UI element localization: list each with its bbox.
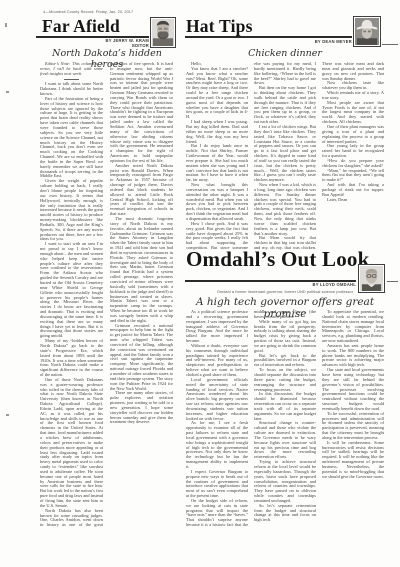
- paragraph: I want to start with an area I’m not pro…: [40, 242, 103, 339]
- paragraph: One young lady in the group raised her h…: [322, 144, 384, 159]
- hat-tips-paragraphs: Hello,You know that I am a rancher? And …: [186, 62, 384, 253]
- paragraph: To be successful, reinvention of process…: [322, 412, 384, 441]
- far-afield-title: Far Afield: [42, 18, 120, 36]
- paragraph: I want to talk about some North Dakotans…: [40, 82, 103, 97]
- paragraph: And with that I’m taking a package of st…: [322, 183, 384, 198]
- note-divider: [64, 79, 79, 80]
- jerry-kram-photo: [150, 17, 176, 48]
- paragraph: Most people are aware that Tyson Foods i…: [322, 101, 384, 125]
- hat-tips-headline: Chicken dinner: [185, 48, 385, 59]
- paragraph: It will be cumbersome. Some bureaucracie…: [322, 441, 384, 480]
- paragraph: While many of us got big tax breaks from…: [254, 320, 316, 354]
- lloyd-omdahl-photo: [358, 264, 385, 293]
- paragraph: Structural change is counter-cultural an…: [254, 421, 316, 460]
- paragraph: I had sheep when I was young. But my dog…: [186, 120, 248, 144]
- hat-tips-title: Hat Tips: [186, 18, 253, 36]
- bearded-man-portrait-graphic: [152, 19, 174, 46]
- paragraph: To focus on the subject, we should separ…: [254, 368, 316, 392]
- editors-note: Editor’s Note: This column is a rerun, I…: [40, 62, 103, 77]
- paragraph: Given the weight of popular culture hold…: [40, 179, 103, 242]
- paragraph: Part of the frustration of being a lover…: [40, 97, 103, 179]
- paragraph: But then on the way home I got to thinki…: [254, 86, 316, 125]
- paragraph: To appreciate the potential, we should l…: [322, 310, 384, 344]
- paragraph: Many of my “hidden heroes of North Dakot…: [40, 339, 103, 378]
- paragraph: Grimson recruited a national newspaper t…: [110, 324, 173, 392]
- paragraph: Without a doubt, everyone saw his commen…: [186, 344, 248, 378]
- omdahl-title: Omdahl’s Out Look: [186, 249, 370, 270]
- hat-tips-byline: BY DEAN MEYER: [200, 40, 352, 45]
- paragraph: Now what brought this conversation on wa…: [186, 183, 248, 222]
- newspaper-page: 4—Mountrail County Record, Friday, Jan. …: [0, 0, 400, 567]
- paragraph: I expect Governor Burgum to propose new …: [186, 470, 248, 499]
- dean-meyer-photo: [353, 16, 381, 47]
- scan-artifact: [6, 91, 9, 93]
- paragraph: Another noted North Dakota jurist was Ro…: [110, 164, 173, 217]
- paragraph: I eat a lot of chicken wings. But they d…: [254, 125, 316, 183]
- hat-tips-rule-right: [382, 44, 398, 45]
- paragraph: But I do enjoy lamb once in awhile. Not …: [186, 144, 248, 183]
- omdahl-subtitle: Omdahl a former lieutenant governor, for…: [185, 290, 385, 294]
- balding-man-glasses-portrait-graphic: [360, 266, 383, 291]
- paragraph: The most dramatic forgotten story of Nor…: [110, 217, 173, 324]
- hat-tips-body: Hello,You know that I am a rancher? And …: [186, 62, 384, 253]
- omdahl-rule-right: [387, 281, 398, 282]
- paragraph: But let’s get back to the possibilities …: [254, 354, 316, 369]
- cowboy-hat-man-portrait-graphic: [355, 18, 379, 45]
- omdahl-byline: BY LLOYD OMDAHL: [204, 283, 356, 288]
- paragraph: There are many other stories, of polar e…: [110, 391, 173, 425]
- omdahl-paragraphs: As a political science professor and a r…: [186, 310, 384, 530]
- paragraph: Trying to achieve structural reform at t…: [254, 460, 316, 504]
- paragraph: As a political science professor and a r…: [186, 310, 248, 344]
- paragraph: As for me, I see a fresh opportunity to …: [186, 421, 248, 469]
- paragraph: One of their plant managers was giving a…: [322, 125, 384, 144]
- far-afield-body: Editor’s Note: This column is a rerun, I…: [40, 62, 173, 530]
- paragraph: Local government officials noted the unc…: [186, 378, 248, 422]
- paragraph: So let’s separate reinvention from the b…: [254, 504, 316, 523]
- masthead: 4—Mountrail County Record, Friday, Jan. …: [43, 10, 213, 14]
- hat-tips-rule: [185, 36, 352, 38]
- paragraph: Amazon has sent people home to work. The…: [322, 344, 384, 368]
- paragraph: “Mam,” he responded, “We tell them flat …: [322, 169, 384, 184]
- scan-artifact: [5, 23, 7, 27]
- paragraph: Later, Dean: [322, 198, 384, 203]
- paragraph: You know that I am a rancher? And you kn…: [186, 67, 248, 120]
- far-afield-paragraphs: I want to talk about some North Dakotans…: [40, 62, 173, 530]
- omdahl-body: As a political science professor and a r…: [186, 310, 384, 530]
- paragraph: In this discussion, the budget should be…: [254, 392, 316, 421]
- paragraph: Our state and local governments have bee…: [322, 368, 384, 412]
- paragraph: Now when I was a kid, which is a long, l…: [254, 183, 316, 236]
- scan-artifact: [6, 414, 9, 416]
- paragraph: One of those North Dakotans was a goatee…: [40, 378, 103, 509]
